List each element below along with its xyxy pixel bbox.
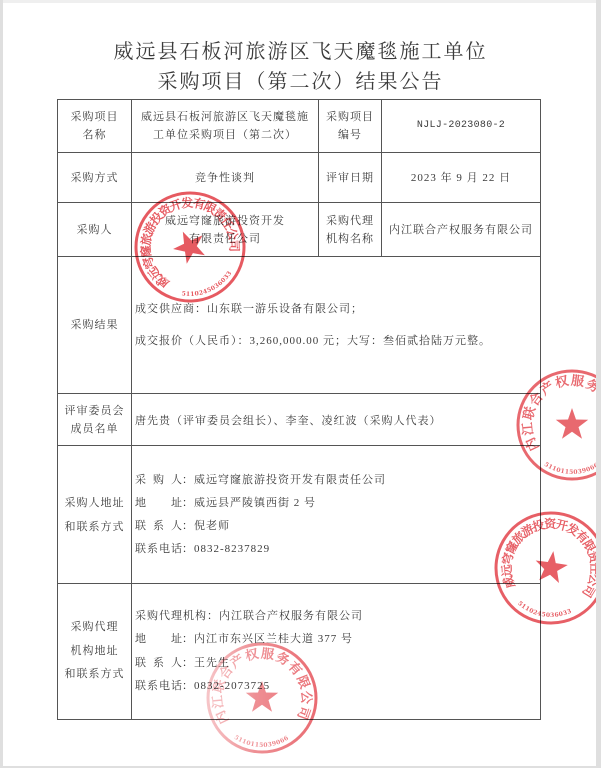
title-line-2: 采购项目（第二次）结果公告	[3, 69, 596, 95]
contact-key: 联系人	[135, 515, 182, 538]
purchaser-contact-details: 采购人：威远穹窿旅游投资开发有限责任公司 地址：威远县严陵镇西街 2 号 联系人…	[132, 446, 541, 584]
value-line: 工单位采购项目（第二次）	[132, 126, 318, 144]
agency-contact-details: 采购代理机构：内江联合产权服务有限公司 地址：内江市东兴区兰桂大道 377 号 …	[132, 584, 541, 720]
label-line: 采购代理	[58, 616, 131, 640]
contact-value: 内江联合产权服务有限公司	[219, 610, 363, 622]
winning-price: 成交报价（人民币）：3,260,000.00 元；大写：叁佰贰拾陆万元整。	[135, 325, 540, 357]
winning-supplier: 成交供应商：山东联一游乐设备有限公司；	[135, 293, 540, 325]
row-purchaser: 采购人 威远穹窿旅游投资开发 有限责任公司 采购代理 机构名称 内江联合产权服务…	[58, 203, 541, 257]
row-committee: 评审委员会 成员名单 唐先贵（评审委员会组长）、李奎、凌红波（采购人代表）	[58, 394, 541, 446]
label-line: 评审委员会	[58, 402, 131, 420]
key-separator: ：	[182, 497, 194, 509]
project-name-label: 采购项目 名称	[58, 100, 132, 153]
contact-value: 0832-2073725	[194, 680, 270, 692]
contact-value: 内江市东兴区兰桂大道 377 号	[194, 633, 353, 645]
contact-row-agency: 采购代理机构：内江联合产权服务有限公司	[135, 605, 540, 629]
review-date-value: 2023 年 9 月 22 日	[382, 153, 541, 203]
agency-value: 内江联合产权服务有限公司	[382, 203, 541, 257]
contact-row-address: 地址：威远县严陵镇西街 2 号	[135, 492, 540, 515]
svg-text:5110115039066: 5110115039066	[543, 461, 596, 476]
project-number-label: 采购项目 编号	[319, 100, 382, 153]
contact-value: 0832-8237829	[194, 543, 270, 555]
star-icon	[556, 408, 588, 439]
project-number-value: NJLJ-2023080-2	[382, 100, 541, 153]
key-separator: ：	[182, 680, 194, 692]
row-result: 采购结果 成交供应商：山东联一游乐设备有限公司； 成交报价（人民币）：3,260…	[58, 257, 541, 394]
contact-row-address: 地址：内江市东兴区兰桂大道 377 号	[135, 628, 540, 652]
label-line: 编号	[319, 126, 381, 144]
svg-text:5110115039066: 5110115039066	[233, 734, 290, 749]
contact-row-purchaser: 采购人：威远穹窿旅游投资开发有限责任公司	[135, 469, 540, 492]
contact-value: 威远县严陵镇西街 2 号	[194, 497, 316, 509]
contact-key: 地址	[135, 628, 182, 652]
label-line: 和联系方式	[58, 515, 131, 539]
label-line: 采购人地址	[58, 491, 131, 515]
result-label: 采购结果	[58, 257, 132, 394]
document-page: 威远县石板河旅游区飞天魔毯施工单位 采购项目（第二次）结果公告 采购项目 名称 …	[3, 3, 596, 766]
purchaser-contact-label: 采购人地址 和联系方式	[58, 446, 132, 584]
row-method: 采购方式 竞争性谈判 评审日期 2023 年 9 月 22 日	[58, 153, 541, 203]
key-separator: ：	[182, 474, 194, 486]
value-line: 有限责任公司	[132, 230, 318, 248]
agency-label: 采购代理 机构名称	[319, 203, 382, 257]
agency-contact-label: 采购代理 机构地址 和联系方式	[58, 584, 132, 720]
title-line-1: 威远县石板河旅游区飞天魔毯施工单位	[3, 39, 596, 65]
contact-row-phone: 联系电话：0832-8237829	[135, 538, 540, 561]
row-agency-contact: 采购代理 机构地址 和联系方式 采购代理机构：内江联合产权服务有限公司 地址：内…	[58, 584, 541, 720]
label-line: 采购项目	[319, 108, 381, 126]
contact-value: 王先生	[194, 657, 230, 669]
label-line: 采购项目	[58, 108, 131, 126]
contact-value: 倪老师	[194, 520, 230, 532]
label-line: 和联系方式	[58, 663, 131, 687]
contact-key: 联系电话	[135, 538, 182, 561]
result-value: 成交供应商：山东联一游乐设备有限公司； 成交报价（人民币）：3,260,000.…	[132, 257, 541, 394]
purchaser-value: 威远穹窿旅游投资开发 有限责任公司	[132, 203, 319, 257]
label-line: 采购代理	[319, 212, 381, 230]
key-separator: ：	[182, 520, 194, 532]
contact-key: 采购代理机构	[135, 605, 207, 629]
row-purchaser-contact: 采购人地址 和联系方式 采购人：威远穹窿旅游投资开发有限责任公司 地址：威远县严…	[58, 446, 541, 584]
contact-row-person: 联系人：倪老师	[135, 515, 540, 538]
key-separator: ：	[182, 543, 194, 555]
contact-key: 联系电话	[135, 675, 182, 699]
contact-key: 地址	[135, 492, 182, 515]
row-project-name: 采购项目 名称 威远县石板河旅游区飞天魔毯施 工单位采购项目（第二次） 采购项目…	[58, 100, 541, 153]
result-notice-table: 采购项目 名称 威远县石板河旅游区飞天魔毯施 工单位采购项目（第二次） 采购项目…	[57, 99, 541, 720]
purchaser-label: 采购人	[58, 203, 132, 257]
contact-value: 威远穹窿旅游投资开发有限责任公司	[194, 474, 386, 486]
committee-members: 唐先贵（评审委员会组长）、李奎、凌红波（采购人代表）	[132, 394, 541, 446]
label-line: 机构名称	[319, 230, 381, 248]
contact-key: 采购人	[135, 469, 182, 492]
project-name-value: 威远县石板河旅游区飞天魔毯施 工单位采购项目（第二次）	[132, 100, 319, 153]
method-value: 竞争性谈判	[132, 153, 319, 203]
value-line: 威远县石板河旅游区飞天魔毯施	[132, 108, 318, 126]
method-label: 采购方式	[58, 153, 132, 203]
key-separator: ：	[182, 657, 194, 669]
value-line: 威远穹窿旅游投资开发	[132, 212, 318, 230]
committee-label: 评审委员会 成员名单	[58, 394, 132, 446]
label-line: 机构地址	[58, 640, 131, 664]
review-date-label: 评审日期	[319, 153, 382, 203]
label-line: 名称	[58, 126, 131, 144]
contact-row-person: 联系人：王先生	[135, 652, 540, 676]
seal-code-text: 5110115039066	[233, 734, 290, 749]
key-separator: ：	[207, 610, 219, 622]
key-separator: ：	[182, 633, 194, 645]
contact-row-phone: 联系电话：0832-2073725	[135, 675, 540, 699]
seal-code-text: 5110115039066	[543, 461, 596, 476]
contact-key: 联系人	[135, 652, 182, 676]
label-line: 成员名单	[58, 420, 131, 438]
